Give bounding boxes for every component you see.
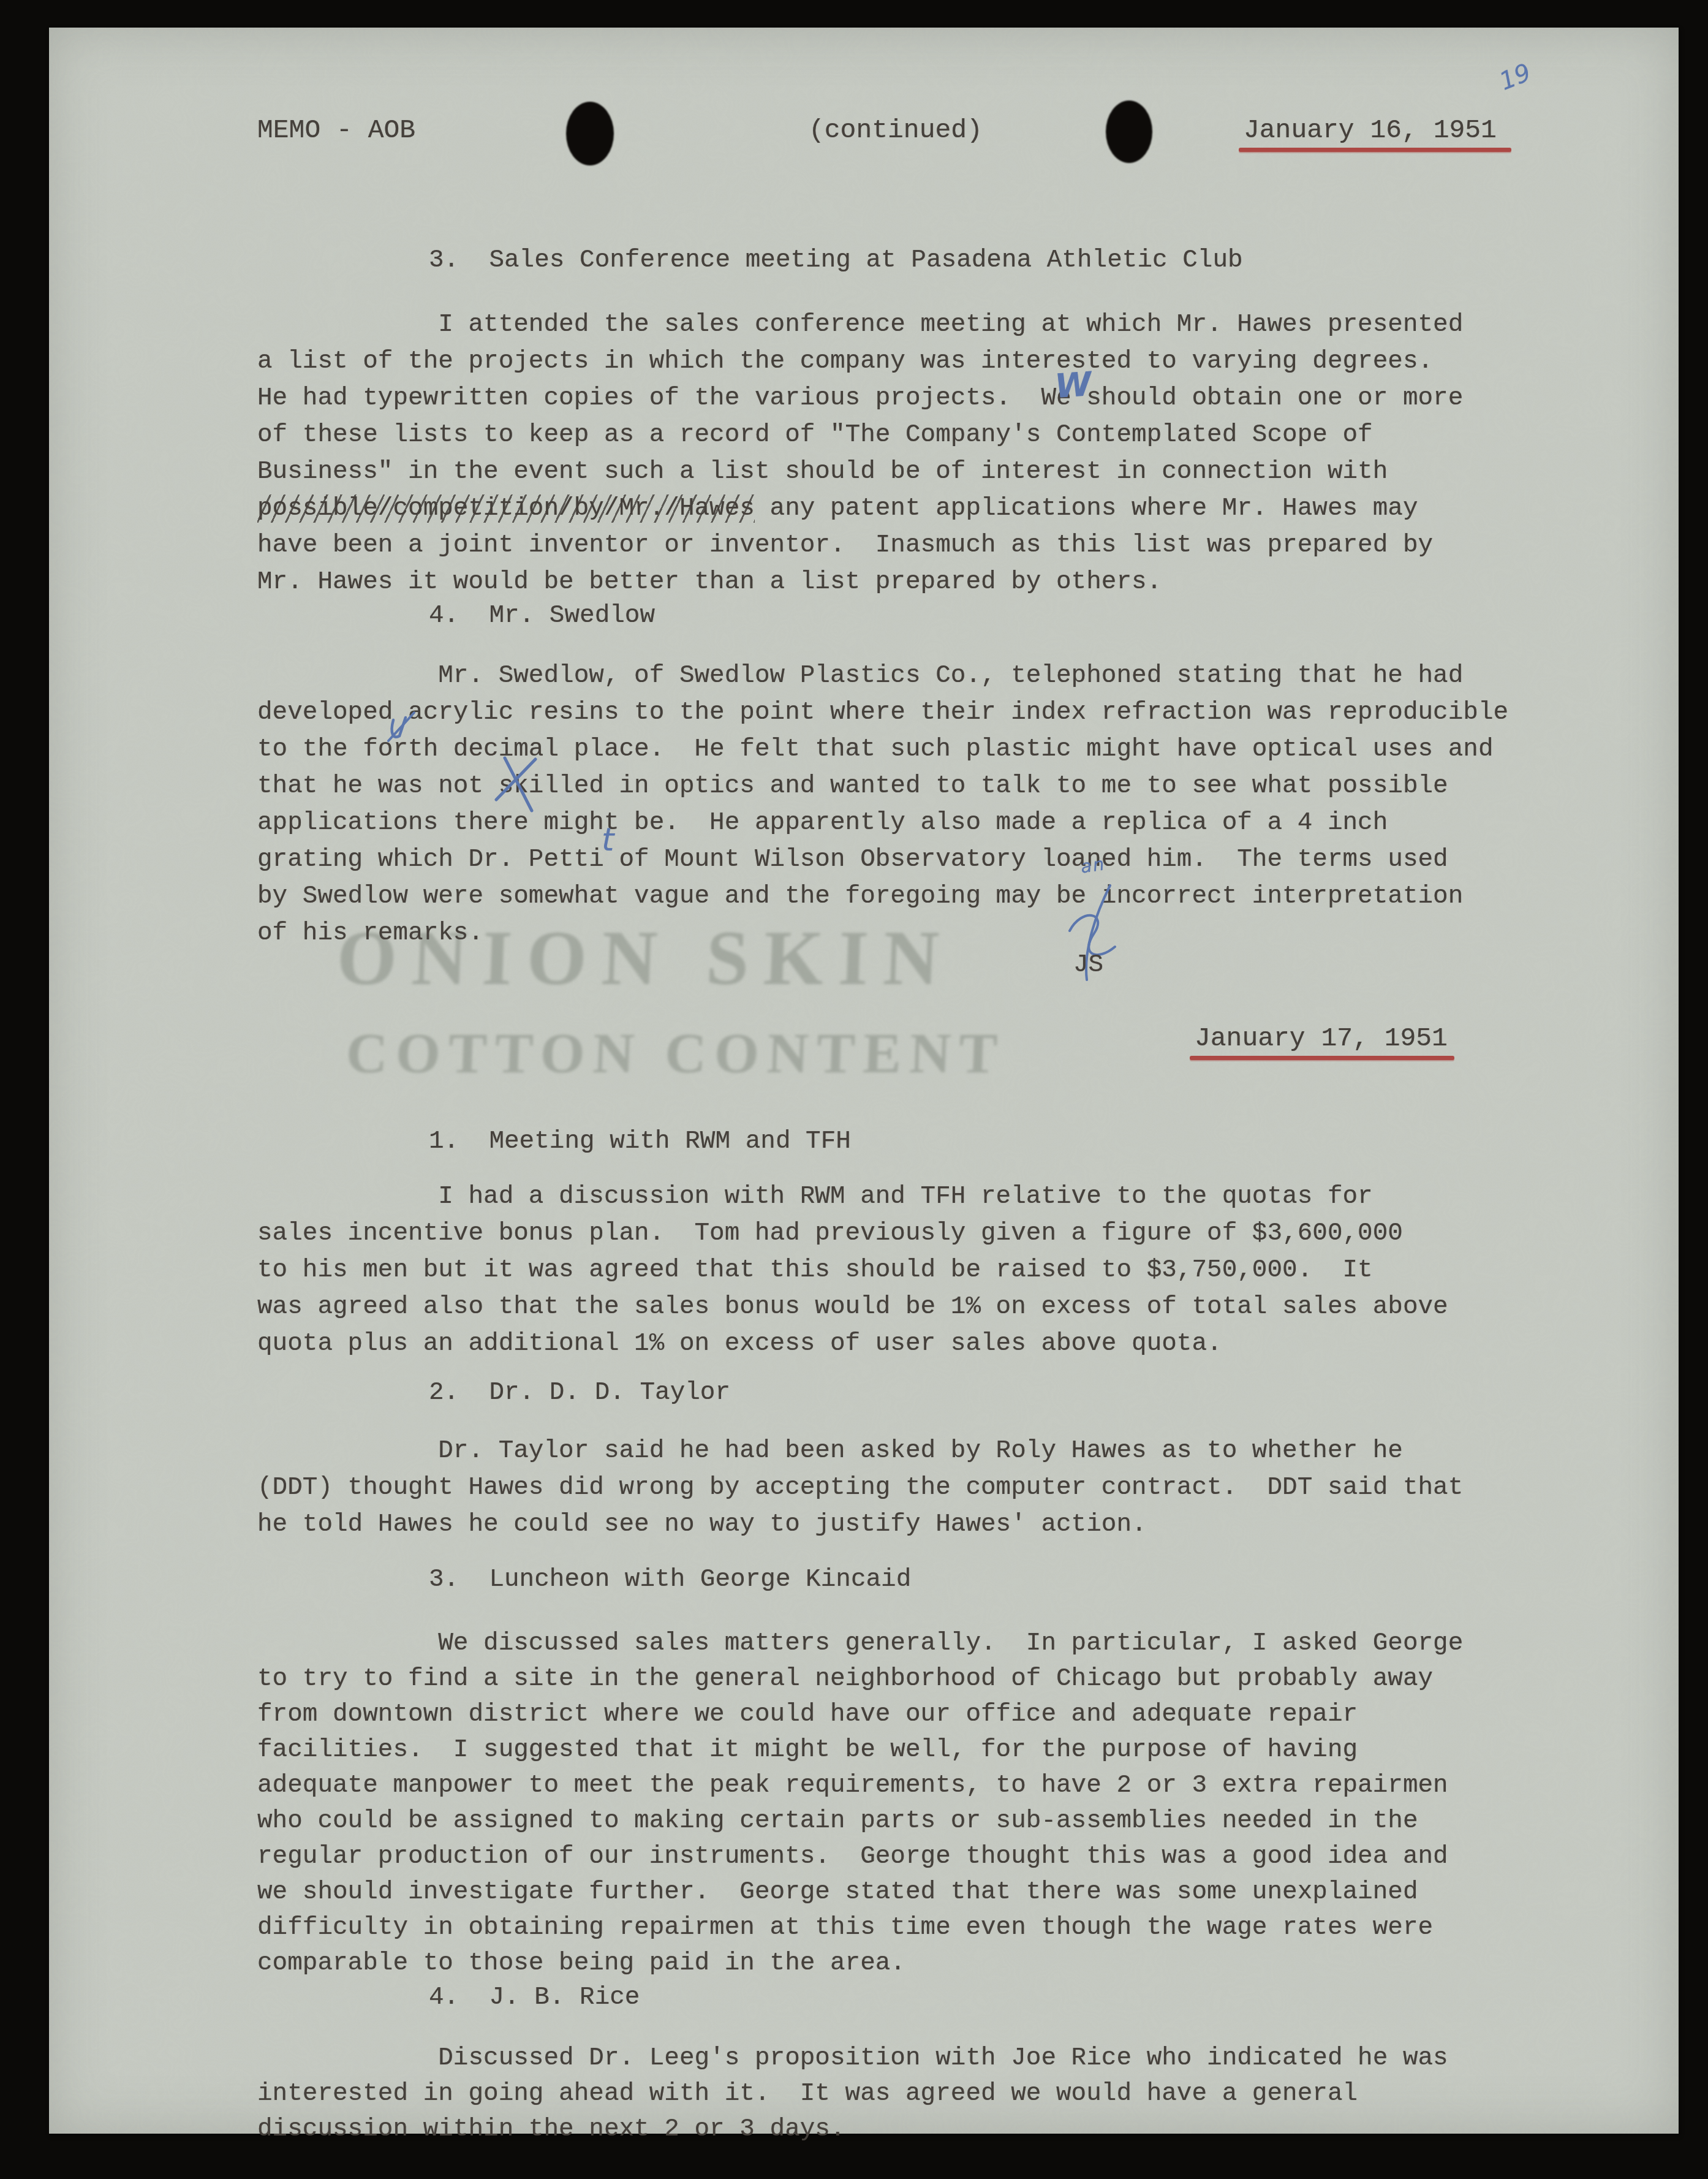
typed-line: applications there might be. He apparent…: [257, 805, 1508, 841]
typed-line: who could be assigned to making certain …: [257, 1803, 1463, 1839]
section-heading-meeting-rwm-tfh: 1. Meeting with RWM and TFH: [429, 1123, 851, 1160]
paragraph-jb-rice: Discussed Dr. Leeg's proposition with Jo…: [257, 2041, 1448, 2147]
typed-line: Discussed Dr. Leeg's proposition with Jo…: [257, 2041, 1448, 2076]
section-heading-sales-conference: 3. Sales Conference meeting at Pasadena …: [429, 242, 1243, 279]
an-insertion: an: [1079, 853, 1106, 877]
typed-line: to try to find a site in the general nei…: [257, 1661, 1463, 1697]
typed-line: we should investigate further. George st…: [257, 1874, 1463, 1910]
typed-line: have been a joint inventor or inventor. …: [257, 527, 1433, 564]
typed-line: Business" in the event such a list shoul…: [257, 453, 1463, 490]
we-correction-overlay: W: [1054, 365, 1093, 406]
paper-sheet: ONION SKIN COTTON CONTENT MEMO - AOB (co…: [49, 28, 1679, 2134]
typed-line: interested in going ahead with it. It wa…: [257, 2076, 1448, 2112]
typed-line: adequate manpower to meet the peak requi…: [257, 1768, 1463, 1803]
continued-label: (continued): [809, 112, 983, 149]
typed-line: sales incentive bonus plan. Tom had prev…: [257, 1215, 1448, 1252]
typed-line: facilities. I suggested that it might be…: [257, 1732, 1463, 1768]
typed-line: of his remarks.: [257, 915, 1508, 952]
typed-line-with-strikeout: possible/competition/by/Mr./Hawes any pa…: [257, 490, 1418, 527]
typed-line: I had a discussion with RWM and TFH rela…: [257, 1178, 1448, 1215]
section-heading-dr-taylor: 2. Dr. D. D. Taylor: [429, 1374, 730, 1411]
paragraph-swedlow: Mr. Swedlow, of Swedlow Plastics Co., te…: [257, 657, 1508, 952]
typed-line: a list of the projects in which the comp…: [257, 343, 1463, 380]
paragraph-meeting-rwm-tfh: I had a discussion with RWM and TFH rela…: [257, 1178, 1448, 1362]
red-underline-jan17: [1190, 1056, 1454, 1060]
typed-line: by Swedlow were somewhat vague and the f…: [257, 878, 1508, 915]
typed-line: was agreed also that the sales bonus wou…: [257, 1289, 1448, 1325]
typed-line: comparable to those being paid in the ar…: [257, 1946, 1463, 1981]
memo-date-jan16: January 16, 1951: [1244, 112, 1497, 149]
typed-line: from downtown district where we could ha…: [257, 1697, 1463, 1732]
typed-line: grating which Dr. Petti of Mount Wilson …: [257, 841, 1508, 878]
typed-line: I attended the sales conference meeting …: [257, 306, 1463, 343]
typed-line: Dr. Taylor said he had been asked by Rol…: [257, 1433, 1463, 1469]
handwritten-page-number: 19: [1495, 58, 1535, 96]
paragraph-dr-taylor: Dr. Taylor said he had been asked by Rol…: [257, 1433, 1463, 1543]
punch-hole-left: [566, 102, 614, 165]
section-heading-luncheon-kincaid: 3. Luncheon with George Kincaid: [429, 1561, 911, 1598]
typed-line: of these lists to keep as a record of "T…: [257, 417, 1463, 453]
typed-line: (DDT) thought Hawes did wrong by accepti…: [257, 1469, 1463, 1506]
typed-line: Mr. Swedlow, of Swedlow Plastics Co., te…: [257, 657, 1508, 694]
red-underline-jan16: [1239, 148, 1511, 152]
typed-line: to his men but it was agreed that this s…: [257, 1252, 1448, 1289]
watermark-cotton-content-text: COTTON CONTENT: [345, 1020, 1007, 1086]
paragraph-sales-conference: I attended the sales conference meeting …: [257, 306, 1463, 490]
typed-line: Mr. Hawes it would be better than a list…: [257, 564, 1433, 601]
typed-line: He had typewritten copies of the various…: [257, 380, 1463, 417]
typed-line: quota plus an additional 1% on excess of…: [257, 1325, 1448, 1362]
typed-line: he told Hawes he could see no way to jus…: [257, 1506, 1463, 1543]
typed-line: discussion within the next 2 or 3 days.: [257, 2112, 1448, 2147]
typed-line: difficulty in obtaining repairmen at thi…: [257, 1910, 1463, 1946]
typed-line: that he was not skilled in optics and wa…: [257, 768, 1508, 805]
typed-line: developed acrylic resins to the point wh…: [257, 694, 1508, 731]
section-heading-swedlow: 4. Mr. Swedlow: [429, 597, 655, 634]
memo-id: MEMO - AOB: [257, 112, 415, 149]
typed-line: We discussed sales matters generally. In…: [257, 1626, 1463, 1661]
signature-initials: JS: [1073, 947, 1103, 983]
section-heading-jb-rice: 4. J. B. Rice: [429, 1979, 640, 2016]
pettit-t-insertion: t: [602, 822, 614, 858]
memo-date-jan17: January 17, 1951: [1195, 1020, 1448, 1057]
typed-text-after-strike: any patent applications where Mr. Hawes …: [755, 495, 1418, 523]
paragraph-luncheon-kincaid: We discussed sales matters generally. In…: [257, 1626, 1463, 1981]
typed-line: regular production of our instruments. G…: [257, 1839, 1463, 1874]
paragraph-sales-conference-cont: have been a joint inventor or inventor. …: [257, 527, 1433, 601]
punch-hole-right: [1106, 100, 1152, 163]
struck-text: possible/competition/by/Mr./Hawes: [257, 495, 755, 523]
typed-line: to the forth decimal place. He felt that…: [257, 731, 1508, 768]
